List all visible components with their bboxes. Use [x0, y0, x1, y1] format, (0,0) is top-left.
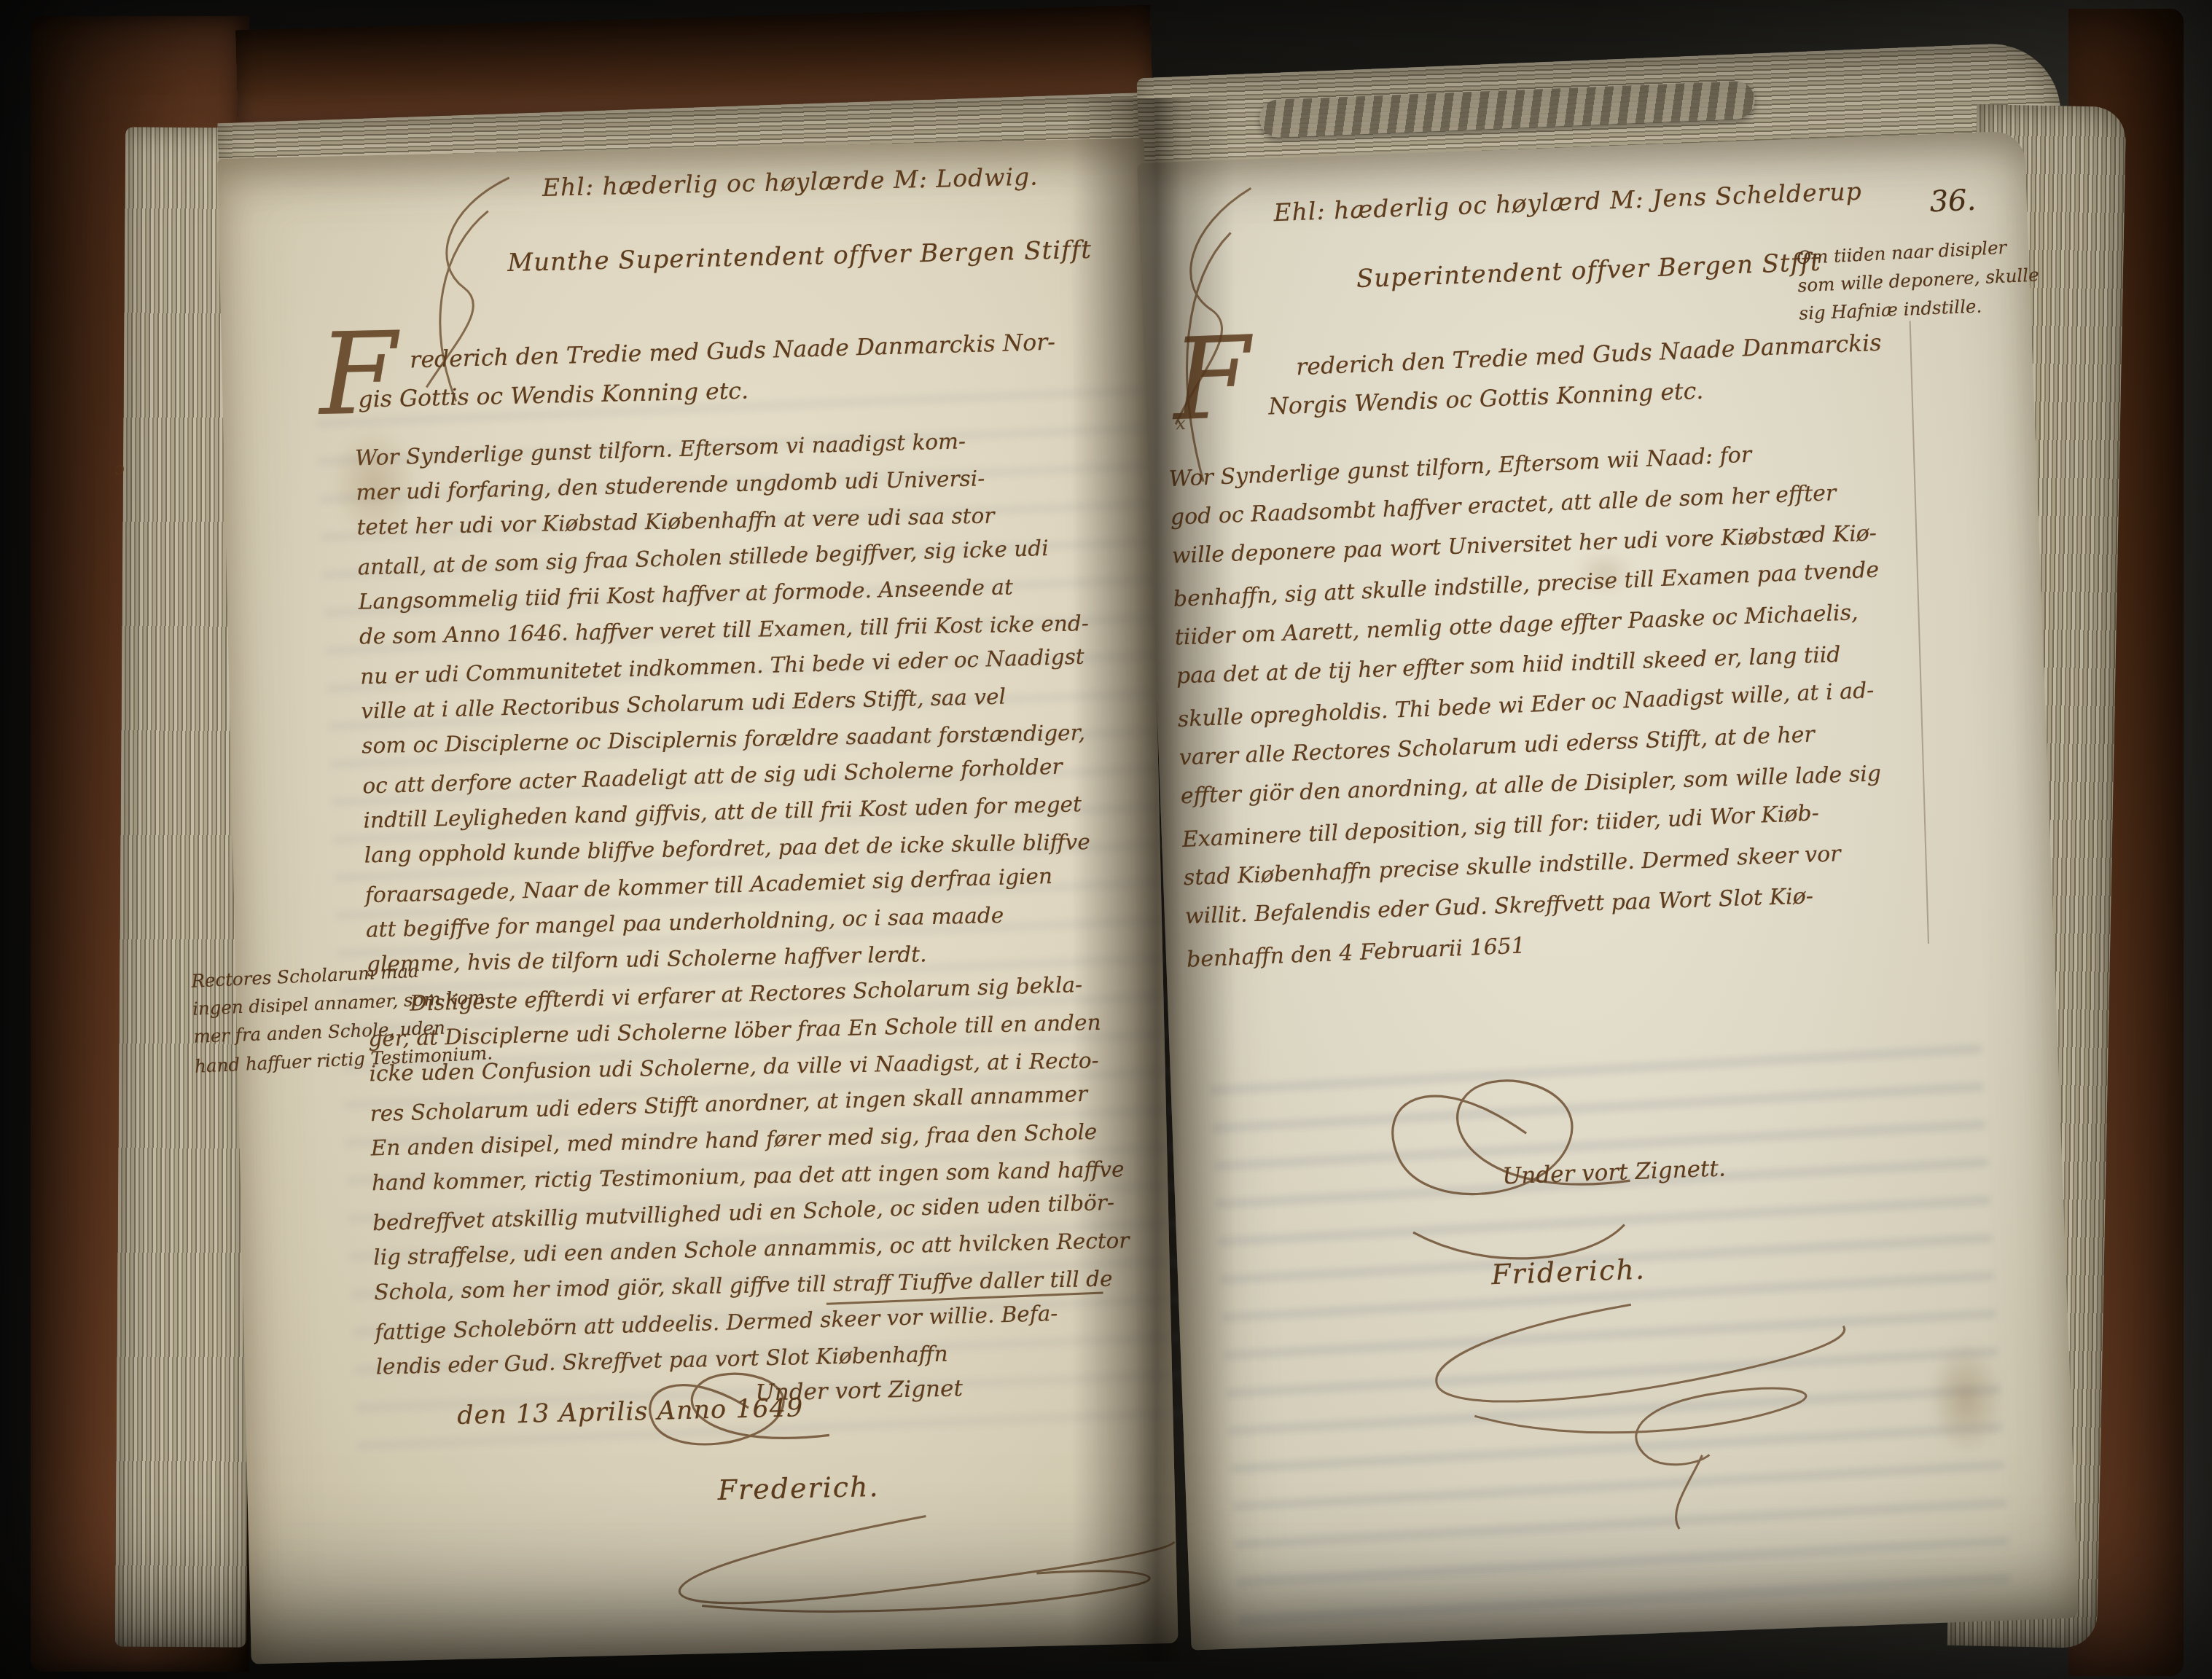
- left-intro-block: rederich den Tredie med Guds Naade Danma…: [410, 331, 1057, 426]
- left-margin-mark: ɔ: [114, 458, 125, 479]
- right-margin-note: Om tiiden naar disiplersom wille deponer…: [1796, 235, 2055, 332]
- right-heading-line2: Superintendent offver Bergen Stfft: [1356, 248, 1821, 294]
- left-heading-line2: Munthe Superintendent offver Bergen Stif…: [507, 235, 1092, 278]
- left-margin-note: Rectores Scholarum maaingen disipel anna…: [191, 958, 501, 1084]
- right-drop-cap: F: [1171, 321, 1253, 437]
- left-heading-line1: Ehl: hæderlig oc høylærde M: Lodwig.: [542, 162, 1039, 201]
- signature-flourish-ornament: [1412, 1285, 1887, 1542]
- folio-number: 36.: [1929, 184, 1977, 219]
- paper-stain: [1909, 1312, 2024, 1484]
- margin-bracket-rule: [1910, 321, 1929, 944]
- right-royal-signature: Friderich.: [1490, 1253, 1646, 1291]
- right-intro-block: rederich den Tredie med Guds Naade Danma…: [1296, 332, 1884, 433]
- left-page: Ehl: hæderlig oc høylærde M: Lodwig. Mun…: [217, 138, 1179, 1664]
- left-closing-formula: Under vort Zignet: [755, 1375, 963, 1406]
- signature-knot-ornament: [624, 1358, 845, 1462]
- left-royal-signature: Frederich.: [717, 1471, 880, 1506]
- left-body-block: Wor Synderlige gunst tilforn. Eftersom v…: [355, 426, 1133, 1390]
- signature-flourish-ornament: [656, 1501, 1212, 1623]
- manuscript-photo: Ehl: hæderlig oc høylærde M: Lodwig. Mun…: [0, 0, 2212, 1679]
- right-heading-line1: Ehl: hæderlig oc høylærd M: Jens Schelde…: [1273, 177, 1862, 227]
- right-page: 36. Ehl: hæderlig oc høylærd M: Jens Sch…: [1137, 130, 2079, 1650]
- right-body-block: Wor Synderlige gunst tilforn, Eftersom w…: [1168, 439, 1894, 985]
